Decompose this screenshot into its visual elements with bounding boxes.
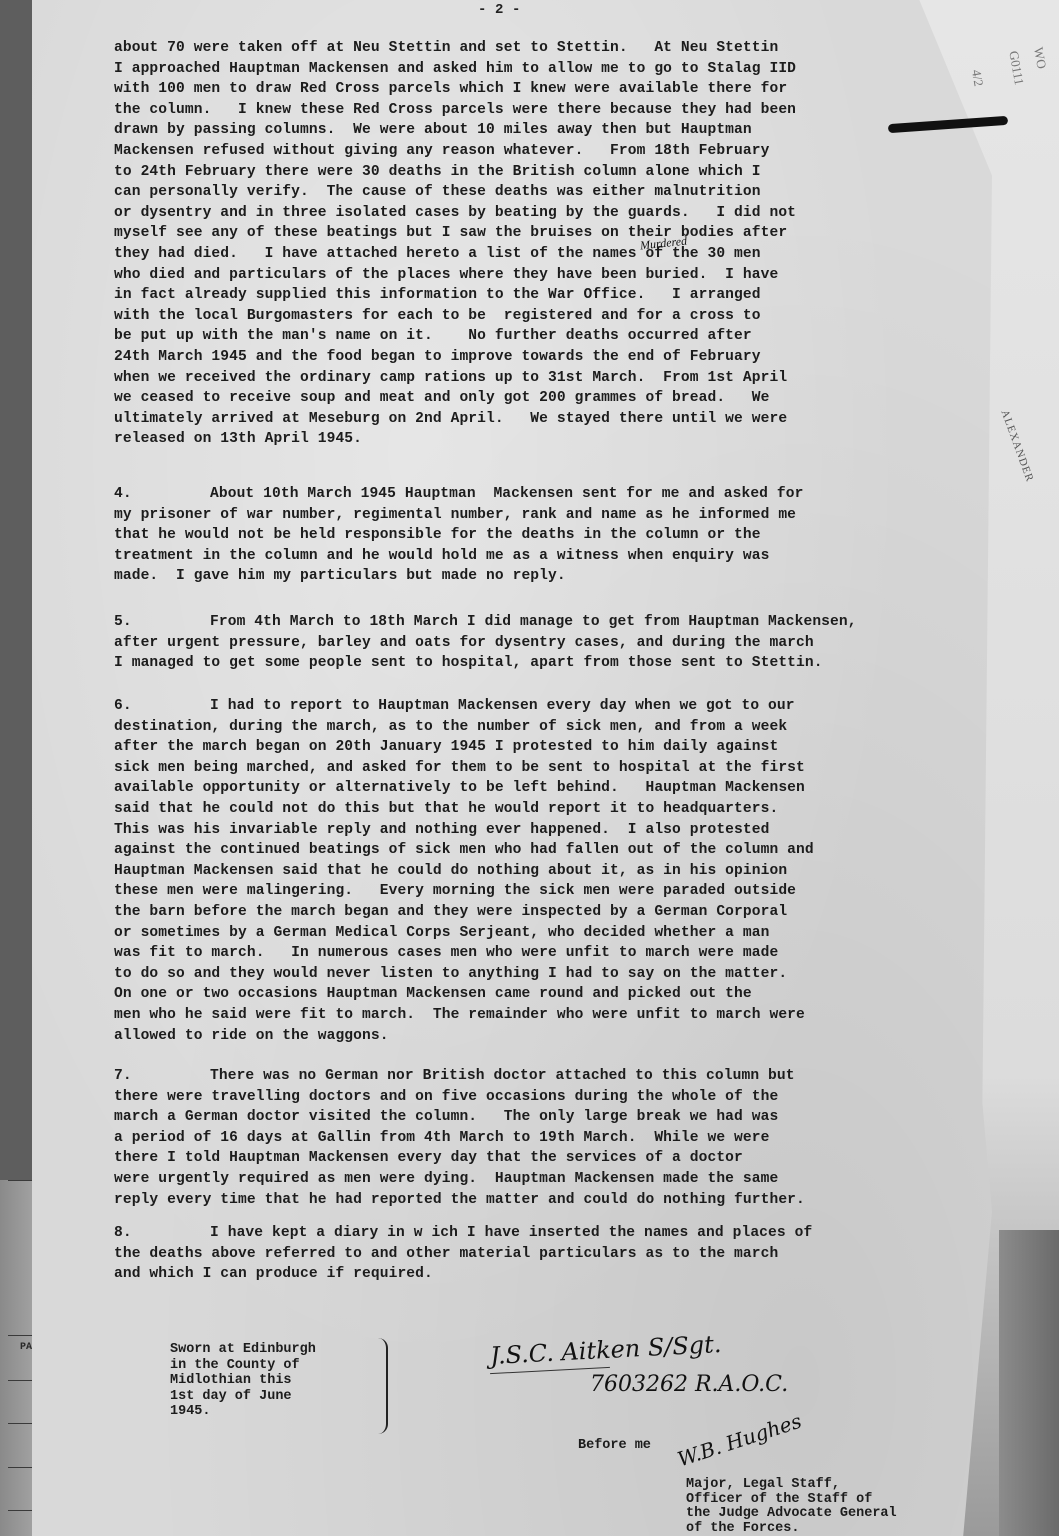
text-line: or dysentry and in three isolated cases … [114, 203, 796, 224]
text-line: to do so and they would never listen to … [114, 964, 814, 985]
text-line: about 70 were taken off at Neu Stettin a… [114, 38, 796, 59]
text-line: the deaths above referred to and other m… [114, 1244, 812, 1265]
left-paper-label: PA [20, 1342, 32, 1353]
text-line: sick men being marched, and asked for th… [114, 758, 814, 779]
text-line: was fit to march. In numerous cases men … [114, 943, 814, 964]
file-mark: G0111 [1005, 50, 1027, 87]
text-line: Hauptman Mackensen said that he could do… [114, 861, 814, 882]
text-line: in the County of [170, 1358, 316, 1374]
text-line: or sometimes by a German Medical Corps S… [114, 923, 814, 944]
text-line: This was his invariable reply and nothin… [114, 820, 814, 841]
text-line: 7.There was no German nor British doctor… [114, 1066, 805, 1087]
text-line: and which I can produce if required. [114, 1264, 812, 1285]
paragraph-number: 5. [114, 612, 210, 633]
text-line: destination, during the march, as to the… [114, 717, 814, 738]
jurat-brace [372, 1338, 388, 1434]
text-line: On one or two occasions Hauptman Mackens… [114, 984, 814, 1005]
file-mark: WO [1030, 46, 1050, 70]
text-line: 8.I have kept a diary in w ich I have in… [114, 1223, 812, 1244]
text-line: there were travelling doctors and on fiv… [114, 1087, 805, 1108]
text-line: Midlothian this [170, 1373, 316, 1389]
deponent-number: 7603262 R.A.O.C. [590, 1372, 788, 1397]
text-line: made. I gave him my particulars but made… [114, 566, 803, 587]
text-line: with 100 men to draw Red Cross parcels w… [114, 79, 796, 100]
paragraph-8: 8.I have kept a diary in w ich I have in… [114, 1223, 812, 1285]
paragraph-4: 4.About 10th March 1945 Hauptman Mackens… [114, 484, 803, 587]
text-line: against the continued beatings of sick m… [114, 840, 814, 861]
text-line: drawn by passing columns. We were about … [114, 120, 796, 141]
text-line: I managed to get some people sent to hos… [114, 653, 857, 674]
paragraph-number: 7. [114, 1066, 210, 1087]
file-mark: 4/2 [968, 68, 987, 87]
text-line: the column. I knew these Red Cross parce… [114, 100, 796, 121]
paragraph-6: 6.I had to report to Hauptman Mackensen … [114, 696, 814, 1046]
opening-paragraph: about 70 were taken off at Neu Stettin a… [114, 38, 796, 450]
text-line: Officer of the Staff of [686, 1493, 897, 1508]
text-line: Mackensen refused without giving any rea… [114, 141, 796, 162]
text-line: 4.About 10th March 1945 Hauptman Mackens… [114, 484, 803, 505]
text-line: march a German doctor visited the column… [114, 1107, 805, 1128]
text-line: who died and particulars of the places w… [114, 265, 796, 286]
text-line: 1945. [170, 1404, 316, 1420]
page-number: - 2 - [478, 0, 521, 21]
text-line: reply every time that he had reported th… [114, 1190, 805, 1211]
text-line: available opportunity or alternatively t… [114, 778, 814, 799]
paragraph-number: 8. [114, 1223, 210, 1244]
text-line: 24th March 1945 and the food began to im… [114, 347, 796, 368]
text-line: after the march began on 20th January 19… [114, 737, 814, 758]
text-line: they had died. I have attached hereto a … [114, 244, 796, 265]
text-line: after urgent pressure, barley and oats f… [114, 633, 857, 654]
text-line: to 24th February there were 30 deaths in… [114, 162, 796, 183]
text-line: a period of 16 days at Gallin from 4th M… [114, 1128, 805, 1149]
text-line: in fact already supplied this informatio… [114, 285, 796, 306]
text-line: 6.I had to report to Hauptman Mackensen … [114, 696, 814, 717]
officer-title-block: Major, Legal Staff,Officer of the Staff … [686, 1478, 897, 1536]
text-line: these men were malingering. Every mornin… [114, 881, 814, 902]
paragraph-number: 6. [114, 696, 210, 717]
text-line: that he would not be held responsible fo… [114, 525, 803, 546]
text-line: can personally verify. The cause of thes… [114, 182, 796, 203]
text-line: Major, Legal Staff, [686, 1478, 897, 1493]
text-line: of the Forces. [686, 1522, 897, 1536]
paragraph-7: 7.There was no German nor British doctor… [114, 1066, 805, 1210]
text-line: released on 13th April 1945. [114, 429, 796, 450]
text-line: with the local Burgomasters for each to … [114, 306, 796, 327]
side-stamp: ALEXANDER [998, 408, 1035, 484]
text-line: ultimately arrived at Meseburg on 2nd Ap… [114, 409, 796, 430]
text-line: there I told Hauptman Mackensen every da… [114, 1148, 805, 1169]
text-line: allowed to ride on the waggons. [114, 1026, 814, 1047]
jurat-block: Sworn at Edinburghin the County ofMidlot… [170, 1342, 316, 1420]
text-line: we ceased to receive soup and meat and o… [114, 388, 796, 409]
text-line: 1st day of June [170, 1389, 316, 1405]
paragraph-number: 4. [114, 484, 210, 505]
text-line: treatment in the column and he would hol… [114, 546, 803, 567]
text-line: Sworn at Edinburgh [170, 1342, 316, 1358]
text-line: the barn before the march began and they… [114, 902, 814, 923]
text-line: I approached Hauptman Mackensen and aske… [114, 59, 796, 80]
text-line: the Judge Advocate General [686, 1507, 897, 1522]
before-me-label: Before me [578, 1438, 651, 1453]
text-line: men who he said were fit to march. The r… [114, 1005, 814, 1026]
text-line: when we received the ordinary camp ratio… [114, 368, 796, 389]
text-line: said that he could not do this but that … [114, 799, 814, 820]
text-line: were urgently required as men were dying… [114, 1169, 805, 1190]
text-line: 5.From 4th March to 18th March I did man… [114, 612, 857, 633]
paragraph-5: 5.From 4th March to 18th March I did man… [114, 612, 857, 674]
text-line: myself see any of these beatings but I s… [114, 223, 796, 244]
text-line: my prisoner of war number, regimental nu… [114, 505, 803, 526]
underlying-folder [999, 1230, 1059, 1536]
text-line: be put up with the man's name on it. No … [114, 326, 796, 347]
